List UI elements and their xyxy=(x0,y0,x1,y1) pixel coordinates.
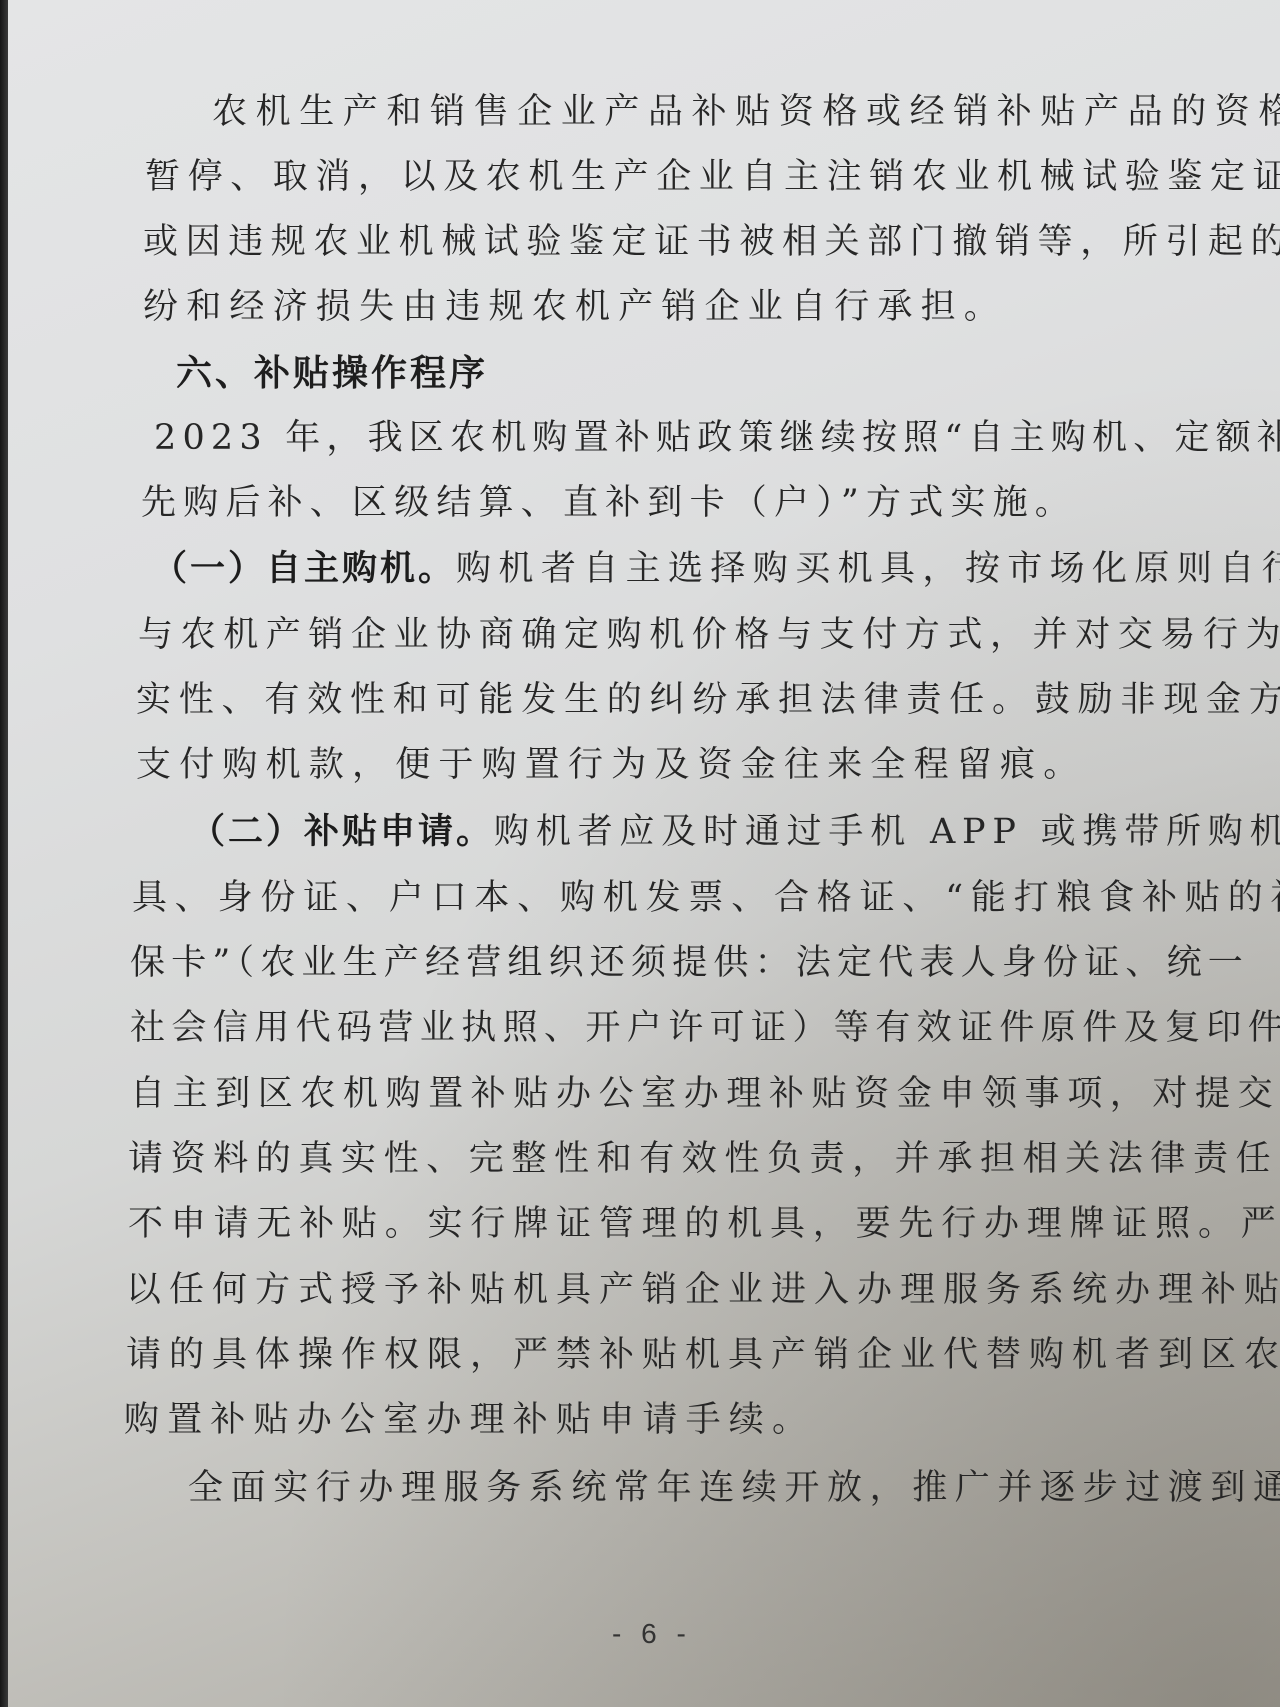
subsection-title: （一）自主购机。 xyxy=(152,548,456,589)
subsection-first-line: （二）补贴申请。购机者应及时通过手机 APP 或携带所购机 xyxy=(190,812,1280,852)
body-text-line: 与农机产销企业协商确定购机价格与支付方式，并对交易行为真 xyxy=(138,615,1280,655)
body-text-line: 先购后补、区级结算、直补到卡（户）”方式实施。 xyxy=(141,483,1077,523)
body-text-line: 2023 年，我区农机购置补贴政策继续按照“自主购机、定额补贴、 xyxy=(154,418,1280,458)
page-number: - 6 - xyxy=(612,1618,692,1650)
body-text-line: 支付购机款，便于购置行为及资金往来全程留痕。 xyxy=(136,745,1086,785)
body-text-line: 请资料的真实性、完整性和有效性负责，并承担相关法律责任， xyxy=(128,1139,1280,1179)
body-text-line: 实性、有效性和可能发生的纠纷承担法律责任。鼓励非现金方式 xyxy=(136,680,1280,720)
body-text: 购机者自主选择购买机具，按市场化原则自行 xyxy=(456,549,1280,589)
subsection-title: （二）补贴申请。 xyxy=(190,811,494,852)
body-text-line: 农机生产和销售企业产品补贴资格或经销补贴产品的资格被 xyxy=(212,92,1280,132)
body-text-line: 请的具体操作权限，严禁补贴机具产销企业代替购机者到区农机 xyxy=(126,1335,1280,1375)
body-text-line: 具、身份证、户口本、购机发票、合格证、“能打粮食补贴的社 xyxy=(132,878,1280,918)
body-text-line: 全面实行办理服务系统常年连续开放，推广并逐步过渡到通 xyxy=(188,1468,1280,1508)
body-text-line: 或因违规农业机械试验鉴定证书被相关部门撤销等，所引起的纠 xyxy=(143,222,1280,262)
body-text-line: 购置补贴办公室办理补贴申请手续。 xyxy=(124,1400,815,1440)
section-heading: 六、补贴操作程序 xyxy=(176,353,488,393)
body-text-line: 暂停、取消，以及农机生产企业自主注销农业机械试验鉴定证书 xyxy=(145,157,1280,197)
body-text-line: 以任何方式授予补贴机具产销企业进入办理服务系统办理补贴申 xyxy=(126,1270,1280,1310)
body-text: 购机者应及时通过手机 APP 或携带所购机 xyxy=(494,812,1280,852)
subsection-first-line: （一）自主购机。购机者自主选择购买机具，按市场化原则自行 xyxy=(152,549,1280,589)
body-text-line: 纷和经济损失由违规农机产销企业自行承担。 xyxy=(143,287,1007,327)
photo-left-edge xyxy=(0,0,8,1707)
body-text-line: 不申请无补贴。实行牌证管理的机具，要先行办理牌证照。严禁 xyxy=(128,1204,1280,1244)
body-text-line: 自主到区农机购置补贴办公室办理补贴资金申领事项，对提交申 xyxy=(130,1074,1280,1114)
body-text-line: 保卡”（农业生产经营组织还须提供：法定代表人身份证、统一 xyxy=(130,943,1249,983)
body-text-line: 社会信用代码营业执照、开户许可证）等有效证件原件及复印件， xyxy=(130,1008,1280,1048)
